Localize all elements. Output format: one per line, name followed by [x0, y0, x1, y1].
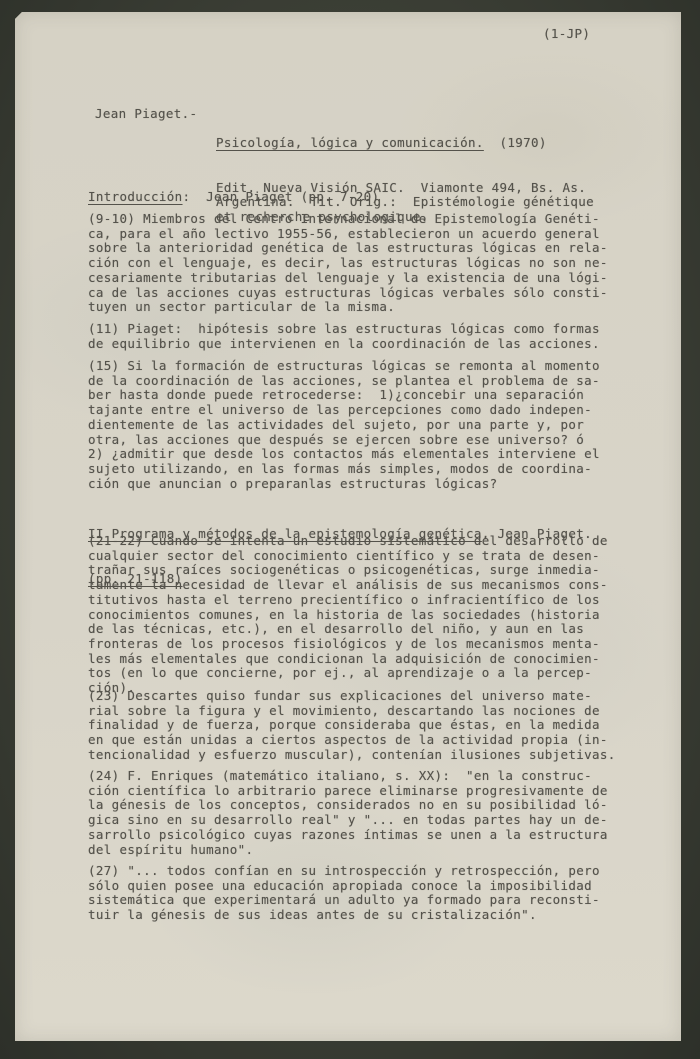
paragraph-27: (27) "... todos confían en su introspecc… — [88, 864, 600, 923]
reference-year: (1970) — [484, 135, 547, 150]
paragraph-21-22: (21-22) Cuando se intenta un estudio sis… — [88, 534, 608, 696]
paragraph-23: (23) Descartes quiso fundar sus explicac… — [88, 689, 616, 763]
paragraph-9-10: (9-10) Miembros del Centro Internacional… — [88, 212, 608, 315]
heading-introduccion-underlined: Introducción — [88, 189, 183, 204]
scanned-page: (1-JP) Jean Piaget.- Psicología, lógica … — [0, 0, 700, 1059]
paragraph-15: (15) Si la formación de estructuras lógi… — [88, 359, 600, 491]
paragraph-24: (24) F. Enriques (matemático italiano, s… — [88, 769, 608, 857]
page-code: (1-JP) — [543, 27, 590, 42]
paper-sheet: (1-JP) Jean Piaget.- Psicología, lógica … — [15, 12, 681, 1041]
reference-title: Psicología, lógica y comunicación. — [216, 135, 484, 150]
paragraph-11: (11) Piaget: hipótesis sobre las estruct… — [88, 322, 600, 351]
reference-title-line: Psicología, lógica y comunicación. (1970… — [216, 136, 594, 151]
heading-introduccion-rest: : Jean Piaget (pp. 7-20) — [183, 189, 380, 204]
heading-introduccion: Introducción: Jean Piaget (pp. 7-20) — [88, 190, 379, 205]
